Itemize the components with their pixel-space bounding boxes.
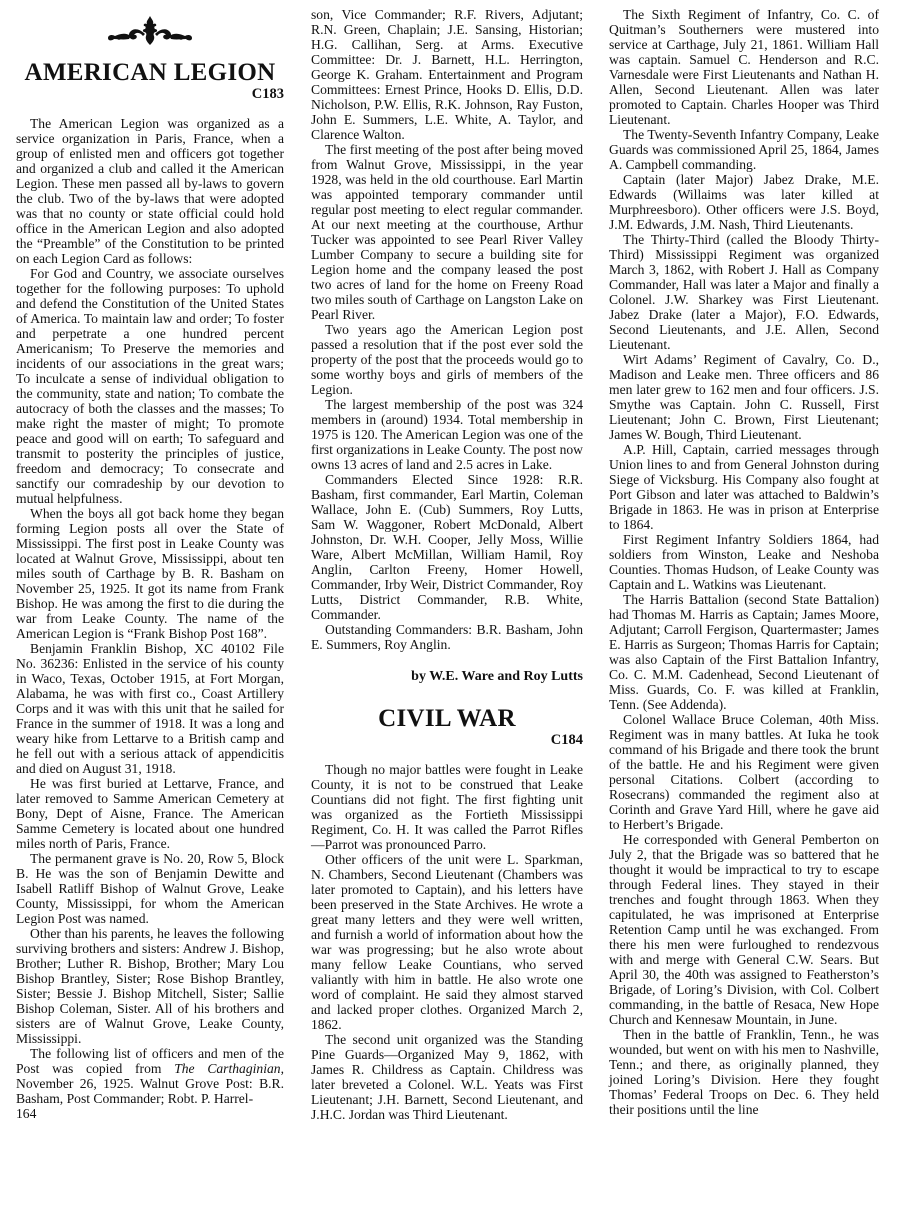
- paragraph: The largest membership of the post was 3…: [311, 397, 583, 472]
- column-3: The Sixth Regiment of Infantry, Co. C. o…: [609, 7, 879, 1117]
- paragraph: Benjamin Franklin Bishop, XC 40102 File …: [16, 641, 284, 776]
- fleuron-ornament-icon: [105, 14, 195, 48]
- paragraph: He was first buried at Lettarve, France,…: [16, 776, 284, 851]
- section-code: C183: [16, 86, 284, 102]
- paragraph: Two years ago the American Legion post p…: [311, 322, 583, 397]
- paragraph: First Regiment Infantry Soldiers 1864, h…: [609, 532, 879, 592]
- section-title-american-legion: AMERICAN LEGION: [16, 60, 284, 86]
- column-1: AMERICAN LEGION C183 The American Legion…: [16, 0, 284, 1121]
- paragraph: When the boys all got back home they beg…: [16, 506, 284, 641]
- paragraph-officers-list: The following list of officers and men o…: [16, 1046, 284, 1106]
- paragraph: Then in the battle of Franklin, Tenn., h…: [609, 1027, 879, 1117]
- paragraph: The permanent grave is No. 20, Row 5, Bl…: [16, 851, 284, 926]
- paragraph: The first meeting of the post after bein…: [311, 142, 583, 322]
- section-title-civil-war: CIVIL WAR: [311, 706, 583, 732]
- column-2: son, Vice Commander; R.F. Rivers, Adjuta…: [311, 7, 583, 1122]
- paragraph: The Thirty-Third (called the Bloody Thir…: [609, 232, 879, 352]
- paragraph: He corresponded with General Pemberton o…: [609, 832, 879, 1027]
- paragraph: Other than his parents, he leaves the fo…: [16, 926, 284, 1046]
- paragraph: Other officers of the unit were L. Spark…: [311, 852, 583, 1032]
- section-code: C184: [311, 732, 583, 748]
- newspaper-title: The Carthaginian: [174, 1061, 280, 1076]
- paragraph: The American Legion was organized as a s…: [16, 116, 284, 266]
- paragraph: The Sixth Regiment of Infantry, Co. C. o…: [609, 7, 879, 127]
- paragraph: Though no major battles were fought in L…: [311, 762, 583, 852]
- paragraph: For God and Country, we associate oursel…: [16, 266, 284, 506]
- paragraph: Outstanding Commanders: B.R. Basham, Joh…: [311, 622, 583, 652]
- paragraph: The second unit organized was the Standi…: [311, 1032, 583, 1122]
- paragraph: The Twenty-Seventh Infantry Company, Lea…: [609, 127, 879, 172]
- paragraph: Captain (later Major) Jabez Drake, M.E. …: [609, 172, 879, 232]
- paragraph: Colonel Wallace Bruce Coleman, 40th Miss…: [609, 712, 879, 832]
- byline: by W.E. Ware and Roy Lutts: [311, 669, 583, 684]
- paragraph: Wirt Adams’ Regiment of Cavalry, Co. D.,…: [609, 352, 879, 442]
- paragraph: The Harris Battalion (second State Batta…: [609, 592, 879, 712]
- paragraph-continued: son, Vice Commander; R.F. Rivers, Adjuta…: [311, 7, 583, 142]
- paragraph: A.P. Hill, Captain, carried messages thr…: [609, 442, 879, 532]
- page-number: 164: [16, 1106, 284, 1121]
- paragraph: Commanders Elected Since 1928: R.R. Bash…: [311, 472, 583, 622]
